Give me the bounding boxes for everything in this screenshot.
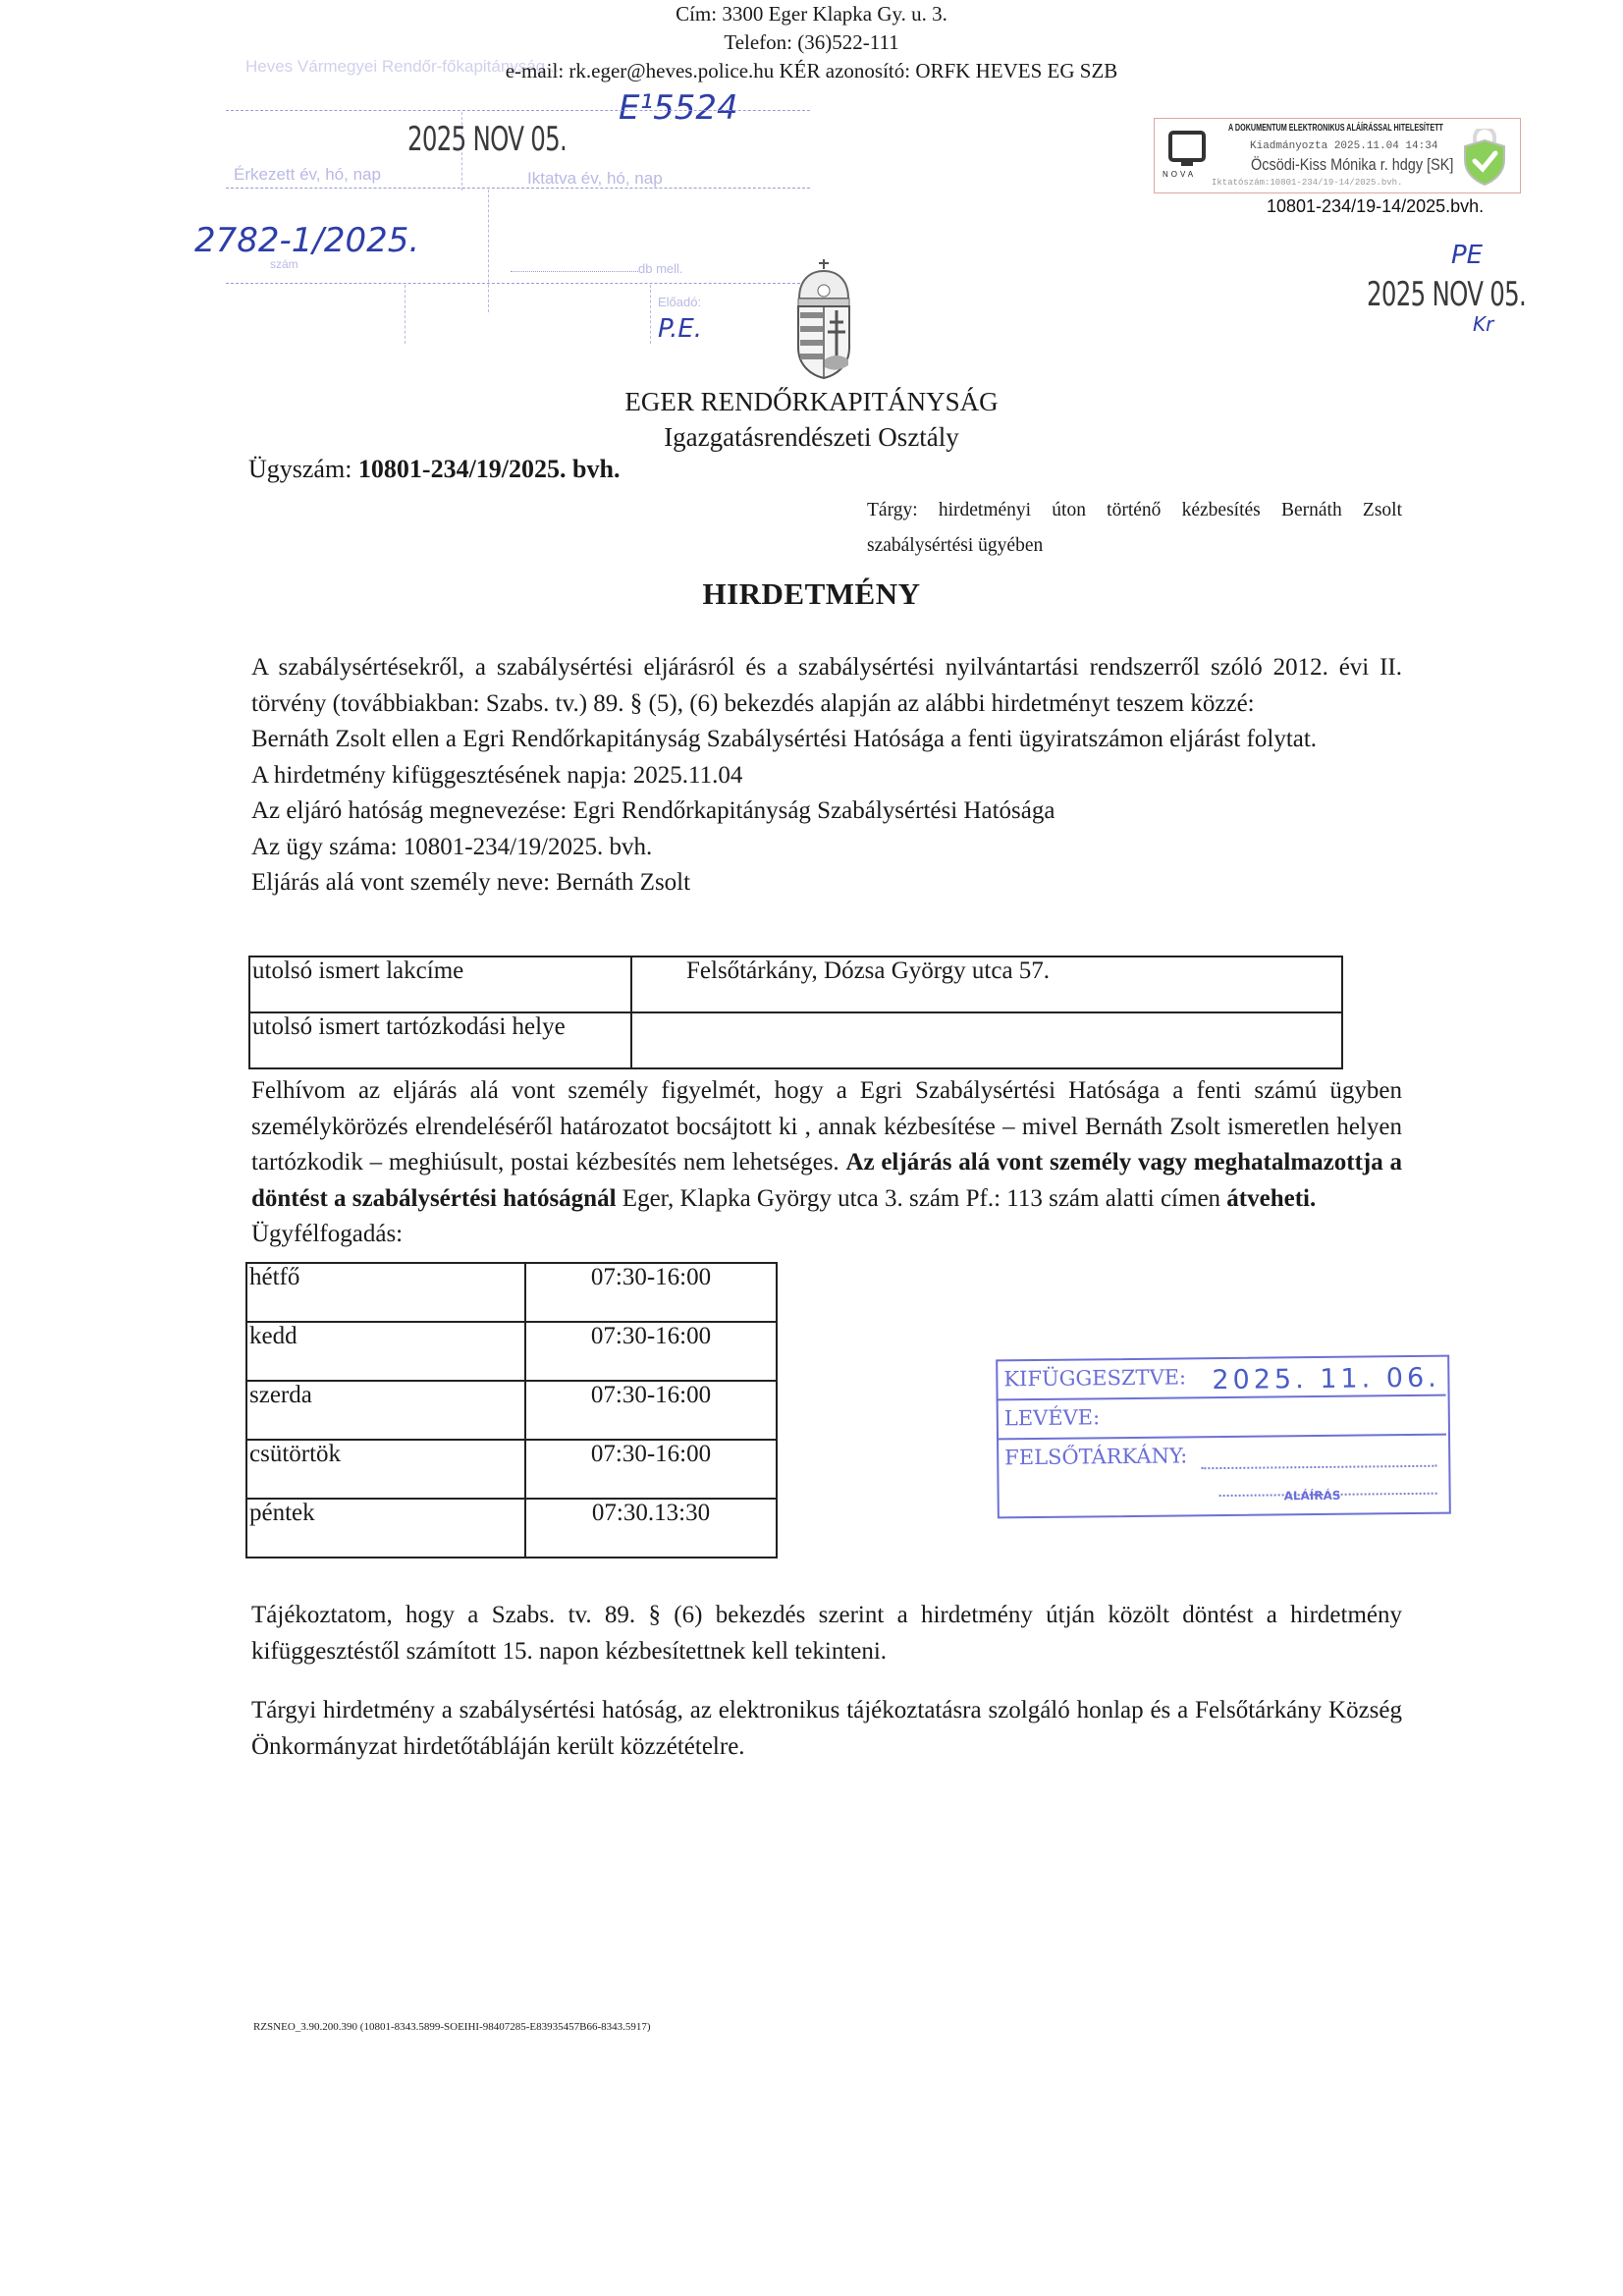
handwritten-incoming-number: E¹5524 — [619, 88, 738, 128]
nova-monitor-icon — [1168, 131, 1206, 162]
residence-value — [631, 1012, 1342, 1068]
notice-bold-end: átveheti. — [1226, 1185, 1316, 1212]
address-label: utolsó ismert lakcíme — [249, 957, 631, 1012]
publication-info-section: Tárgyi hirdetmény a szabálysértési hatós… — [251, 1693, 1402, 1765]
footer: Cím: 3300 Eger Klapka Gy. u. 3. Telefon:… — [0, 0, 1623, 85]
received-label: Érkezett év, hó, nap — [234, 165, 381, 185]
table-row: szerda07:30-16:00 — [246, 1381, 777, 1440]
case-number: 10801-234/19/2025. bvh. — [358, 455, 621, 483]
shield-check-icon — [1461, 129, 1508, 186]
electronic-signature-box: NOVA A DOKUMENTUM ELEKTRONIKUS ALÁÍRÁSSA… — [1154, 118, 1521, 193]
body-intro-section: A szabálysértésekről, a szabálysértési e… — [251, 650, 1402, 902]
organization-name: EGER RENDŐRKAPITÁNYSÁG — [0, 387, 1623, 417]
document-number: 10801-234/19-14/2025.bvh. — [1267, 196, 1484, 217]
table-row: utolsó ismert lakcíme Felsőtárkány, Dózs… — [249, 957, 1342, 1012]
esig-issued: Kiadmányozta 2025.11.04 14:34 — [1250, 140, 1437, 152]
table-row: utolsó ismert tartózkodási helye — [249, 1012, 1342, 1068]
department-name: Igazgatásrendészeti Osztály — [0, 422, 1623, 453]
hungarian-coat-of-arms-icon — [793, 257, 854, 380]
address-table: utolsó ismert lakcíme Felsőtárkány, Dózs… — [248, 956, 1343, 1069]
document-title: HIRDETMÉNY — [0, 576, 1623, 612]
person-name-line: Eljárás alá vont személy neve: Bernáth Z… — [251, 865, 1402, 902]
publication-info-paragraph: Tárgyi hirdetmény a szabálysértési hatós… — [251, 1693, 1402, 1765]
received-date-stamp-right: 2025 NOV 05. — [1367, 275, 1526, 314]
footer-address: Cím: 3300 Eger Klapka Gy. u. 3. — [0, 0, 1623, 28]
szam-label: szám — [270, 257, 298, 271]
removed-label: LEVÉVE: — [1004, 1405, 1101, 1430]
handwritten-initials-top: PE — [1451, 241, 1483, 270]
delivery-info-paragraph: Tájékoztatom, hogy a Szabs. tv. 89. § (6… — [251, 1598, 1402, 1669]
table-row: hétfő07:30-16:00 — [246, 1263, 777, 1322]
table-row: csütörtök07:30-16:00 — [246, 1440, 777, 1499]
handwritten-initials-bottom: Kr — [1473, 312, 1493, 336]
case-number-body-line: Az ügy száma: 10801-234/19/2025. bvh. — [251, 830, 1402, 866]
case-number-line: Ügyszám: 10801-234/19/2025. bvh. — [248, 455, 620, 484]
signature-label: ALÁÍRÁS — [1284, 1489, 1341, 1503]
nova-logo-text: NOVA — [1163, 170, 1196, 179]
handwritten-registration-number: 2782-1/2025. — [194, 221, 419, 260]
esig-header: A DOKUMENTUM ELEKTRONIKUS ALÁÍRÁSSAL HIT… — [1228, 123, 1443, 134]
footer-contact: e-mail: rk.eger@heves.police.hu KÉR azon… — [0, 57, 1623, 85]
handwritten-posted-date: 2025. 11. 06. — [1212, 1363, 1440, 1395]
handwritten-assignee-initials: P.E. — [658, 314, 702, 344]
esig-signer: Öcsödi-Kiss Mónika r. hdgy [SK] — [1251, 155, 1453, 175]
delivery-info-section: Tájékoztatom, hogy a Szabs. tv. 89. § (6… — [251, 1598, 1402, 1669]
footer-reference-code: RZSNEO_3.90.200.390 (10801-8343.5899-SOE… — [253, 2021, 651, 2033]
address-value: Felsőtárkány, Dózsa György utca 57. — [631, 957, 1342, 1012]
proceeding-paragraph: Bernáth Zsolt ellen a Egri Rendőrkapitán… — [251, 722, 1402, 758]
reception-label: Ügyfélfogadás: — [251, 1217, 1402, 1253]
table-row: péntek07:30.13:30 — [246, 1499, 777, 1558]
subject-line: Tárgy: hirdetményi úton történő kézbesít… — [867, 493, 1402, 564]
case-number-label: Ügyszám: — [248, 455, 358, 483]
assignee-label: Előadó: — [658, 295, 701, 309]
esig-filing-number: Iktatószám:10801-234/19-14/2025.bvh. — [1212, 178, 1402, 188]
filed-label: Iktatva év, hó, nap — [527, 169, 663, 189]
received-date-stamp: 2025 NOV 05. — [407, 120, 567, 159]
table-row: kedd07:30-16:00 — [246, 1322, 777, 1381]
posted-label: KIFÜGGESZTVE: — [1003, 1365, 1186, 1391]
office-hours-table: hétfő07:30-16:00 kedd07:30-16:00 szerda0… — [245, 1262, 778, 1558]
attachments-label: db mell. — [638, 261, 683, 276]
notice-paragraph: Felhívom az eljárás alá vont személy fig… — [251, 1073, 1402, 1217]
posting-stamp: KIFÜGGESZTVE: 2025. 11. 06. LEVÉVE: FELS… — [996, 1355, 1451, 1517]
intro-paragraph: A szabálysértésekről, a szabálysértési e… — [251, 650, 1402, 722]
authority-line: Az eljáró hatóság megnevezése: Egri Rend… — [251, 793, 1402, 830]
notice-section: Felhívom az eljárás alá vont személy fig… — [251, 1073, 1402, 1253]
residence-label: utolsó ismert tartózkodási helye — [249, 1012, 631, 1068]
place-label: FELSŐTÁRKÁNY: — [1004, 1444, 1187, 1469]
posting-date-line: A hirdetmény kifüggesztésének napja: 202… — [251, 758, 1402, 794]
footer-phone: Telefon: (36)522-111 — [0, 28, 1623, 57]
